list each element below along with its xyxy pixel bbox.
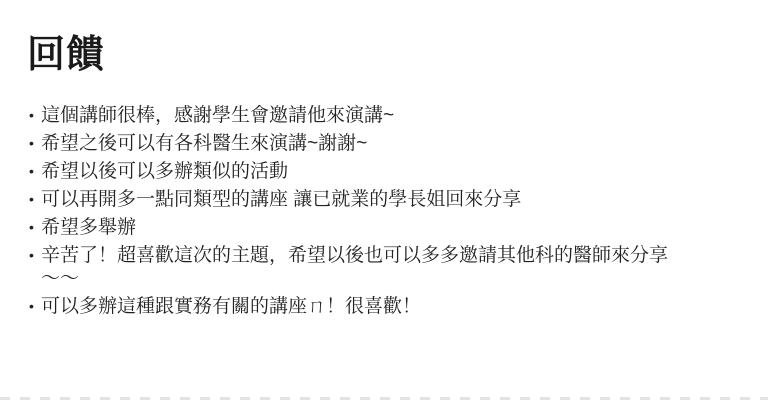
item-text: 希望以後可以多辦類似的活動 xyxy=(41,161,288,182)
bullet-icon: • xyxy=(29,104,34,127)
presentation-slide: 回饋 • 這個講師很棒，感謝學生會邀請他來演講~ • 希望之後可以有各科醫生來演… xyxy=(0,0,768,403)
bullet-icon: • xyxy=(29,295,34,318)
bullet-icon: • xyxy=(29,244,34,267)
item-text: 希望之後可以有各科醫生來演講~謝謝~ xyxy=(41,133,367,154)
bullet-icon: • xyxy=(29,188,34,211)
bullet-icon: • xyxy=(29,132,34,155)
slide-title: 回饋 xyxy=(27,33,105,77)
list-item: • 希望以後可以多辦類似的活動 xyxy=(29,160,729,183)
list-item: • 希望多舉辦 xyxy=(29,216,729,239)
list-item: • 可以多辦這種跟實務有關的講座ㄇ！很喜歡！ xyxy=(29,295,729,318)
bullet-icon: • xyxy=(29,160,34,183)
feedback-list: • 這個講師很棒，感謝學生會邀請他來演講~ • 希望之後可以有各科醫生來演講~謝… xyxy=(29,104,729,323)
list-item: • 希望之後可以有各科醫生來演講~謝謝~ xyxy=(29,132,729,155)
bullet-icon: • xyxy=(29,216,34,239)
list-item: • 可以再開多一點同類型的講座 讓已就業的學長姐回來分享 xyxy=(29,188,729,211)
bottom-dashed-divider xyxy=(0,397,768,400)
list-item: • 這個講師很棒，感謝學生會邀請他來演講~ xyxy=(29,104,729,127)
item-text: 辛苦了！超喜歡這次的主題，希望以後也可以多多邀請其他科的醫師來分享 xyxy=(41,245,668,266)
item-text: 可以再開多一點同類型的講座 讓已就業的學長姐回來分享 xyxy=(41,189,521,210)
item-text: 這個講師很棒，感謝學生會邀請他來演講~ xyxy=(41,105,394,126)
item-text-wrap: ～～ xyxy=(41,267,729,290)
item-text: 希望多舉辦 xyxy=(41,217,136,238)
list-item: • 辛苦了！超喜歡這次的主題，希望以後也可以多多邀請其他科的醫師來分享 ～～ xyxy=(29,244,729,290)
item-text: 可以多辦這種跟實務有關的講座ㄇ！很喜歡！ xyxy=(41,296,421,317)
